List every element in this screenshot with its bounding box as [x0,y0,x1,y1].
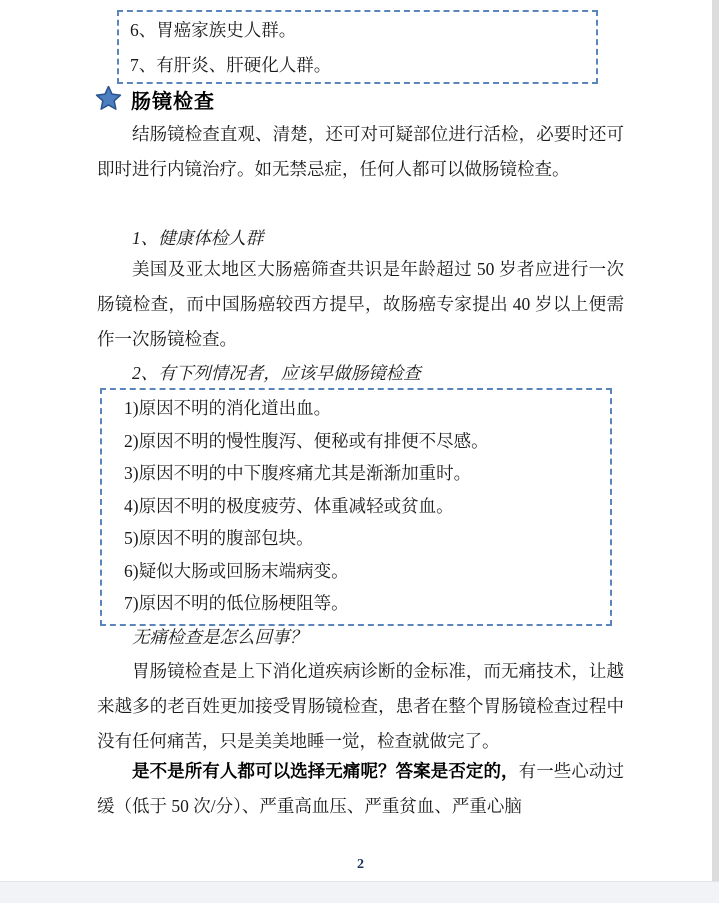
subheading-healthy-group: 1、健康体检人群 [97,221,624,256]
list-item: 6)疑似大肠或回肠末端病变。 [124,555,610,588]
paragraph-painless: 胃肠镜检查是上下消化道疾病诊断的金标准，而无痛技术，让越来越多的老百姓更加接受胃… [97,654,624,759]
subheading-early-colonoscopy: 2、有下列情况者，应该早做肠镜检查 [97,356,624,391]
page-edge-strip [712,0,719,881]
list-item: 3)原因不明的中下腹疼痛尤其是渐渐加重时。 [124,457,610,490]
viewer-footer-bar [0,881,719,903]
carryover-dashed-box: 6、胃癌家族史人群。 7、有肝炎、肝硬化人群。 [117,10,598,84]
section-title: 肠镜检查 [131,85,215,114]
list-item: 7)原因不明的低位肠梗阻等。 [124,587,610,620]
document-page: 6、胃癌家族史人群。 7、有肝炎、肝硬化人群。 肠镜检查 结肠镜检查直观、清楚，… [0,0,719,903]
list-item: 5)原因不明的腹部包块。 [124,522,610,555]
section-heading: 肠镜检查 [95,85,215,113]
list-item: 4)原因不明的极度疲劳、体重减轻或贫血。 [124,490,610,523]
paragraph-screening-consensus: 美国及亚太地区大肠癌筛查共识是年龄超过 50 岁者应进行一次肠镜检查，而中国肠癌… [97,252,624,357]
list-item: 2)原因不明的慢性腹泻、便秘或有排便不尽感。 [124,425,610,458]
subheading-painless-exam: 无痛检查是怎么回事？ [97,620,624,655]
page-number: 2 [97,857,624,873]
list-item: 7、有肝炎、肝硬化人群。 [130,48,596,83]
star-icon [95,86,122,112]
question-bold-text: 是不是所有人都可以选择无痛呢？答案是否定的， [132,761,519,781]
indications-dashed-box: 1)原因不明的消化道出血。 2)原因不明的慢性腹泻、便秘或有排便不尽感。 3)原… [100,388,612,626]
paragraph-question: 是不是所有人都可以选择无痛呢？答案是否定的，有一些心动过缓（低于 50 次/分）… [97,754,624,824]
paragraph-intro: 结肠镜检查直观、清楚，还可对可疑部位进行活检，必要时还可即时进行内镜治疗。如无禁… [97,117,624,187]
list-item: 6、胃癌家族史人群。 [130,13,596,48]
list-item: 1)原因不明的消化道出血。 [124,392,610,425]
